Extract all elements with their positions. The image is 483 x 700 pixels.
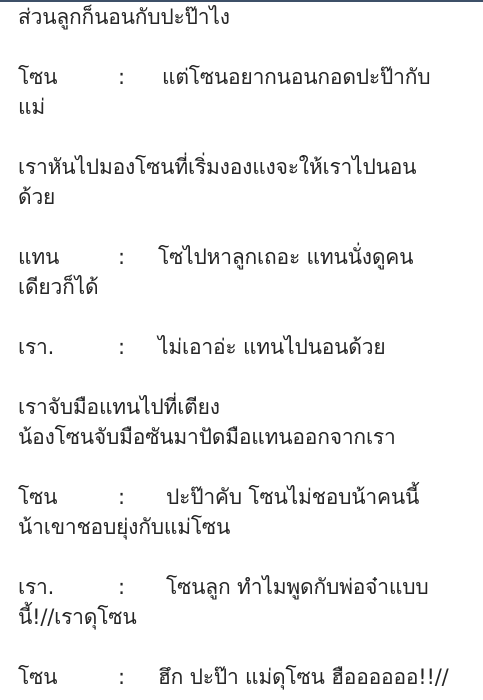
narration-line: ด้วย [18, 182, 473, 212]
dialog-paragraph: เรา.:ไม่เอาอ่ะ แทนไปนอนด้วย [18, 332, 473, 362]
speaker-colon: : [118, 662, 158, 692]
dialog-continuation: นี้!//เราดุโซน [18, 602, 473, 632]
dialog-continuation: เดียวก็ได้ [18, 272, 473, 302]
dialog-text: แต่โซนอยากนอนกอดปะป๊ากับ [162, 65, 430, 89]
speaker-colon: : [118, 242, 158, 272]
dialog-text: โซไปหาลูกเถอะ แทนนั่งดูคน [158, 245, 413, 269]
narration-line: เราจับมือแทนไปที่เตียง [18, 392, 473, 422]
dialog-text: โซนลูก ทำไมพูดกับพ่อจ๋าแบบ [166, 575, 428, 599]
speaker-colon: : [118, 62, 162, 92]
dialog-continuation: น้าเขาชอบยุ่งกับแม่โซน [18, 512, 473, 542]
speaker-colon: : [118, 482, 166, 512]
speaker-name: เรา. [18, 332, 118, 362]
dialog-paragraph: โซน:ฮึก ปะป๊า แม่ดุโซน ฮืออออออ!!// [18, 662, 473, 692]
narration-paragraph: เราจับมือแทนไปที่เตียง น้องโซนจับมือซันม… [18, 392, 473, 452]
dialog-text: ไม่เอาอ่ะ แทนไปนอนด้วย [158, 335, 385, 359]
narration-line: น้องโซนจับมือซันมาปัดมือแทนออกจากเรา [18, 422, 473, 452]
speaker-name: แทน [18, 242, 118, 272]
dialog-paragraph: เรา.:โซนลูก ทำไมพูดกับพ่อจ๋าแบบ นี้!//เร… [18, 572, 473, 632]
speaker-name: เรา. [18, 572, 118, 602]
narration-paragraph: เราหันไปมองโซนที่เริ่มงองแงจะให้เราไปนอน… [18, 152, 473, 212]
story-text: ส่วนลูกก็นอนกับปะป๊าไง โซน:แต่โซนอยากนอน… [18, 2, 473, 692]
dialog-paragraph: โซน:แต่โซนอยากนอนกอดปะป๊ากับ แม่ [18, 62, 473, 122]
narration-paragraph: ส่วนลูกก็นอนกับปะป๊าไง [18, 2, 473, 32]
dialog-continuation: แม่ [18, 92, 473, 122]
speaker-name: โซน [18, 662, 118, 692]
dialog-paragraph: โซน:ปะป๊าคับ โซนไม่ชอบน้าคนนี้ น้าเขาชอบ… [18, 482, 473, 542]
dialog-paragraph: แทน:โซไปหาลูกเถอะ แทนนั่งดูคน เดียวก็ได้ [18, 242, 473, 302]
narration-line: ส่วนลูกก็นอนกับปะป๊าไง [18, 2, 473, 32]
dialog-text: ฮึก ปะป๊า แม่ดุโซน ฮืออออออ!!// [158, 665, 448, 689]
speaker-name: โซน [18, 62, 118, 92]
speaker-colon: : [118, 572, 166, 602]
narration-line: เราหันไปมองโซนที่เริ่มงองแงจะให้เราไปนอน [18, 152, 473, 182]
speaker-name: โซน [18, 482, 118, 512]
speaker-colon: : [118, 332, 158, 362]
dialog-text: ปะป๊าคับ โซนไม่ชอบน้าคนนี้ [166, 485, 419, 509]
